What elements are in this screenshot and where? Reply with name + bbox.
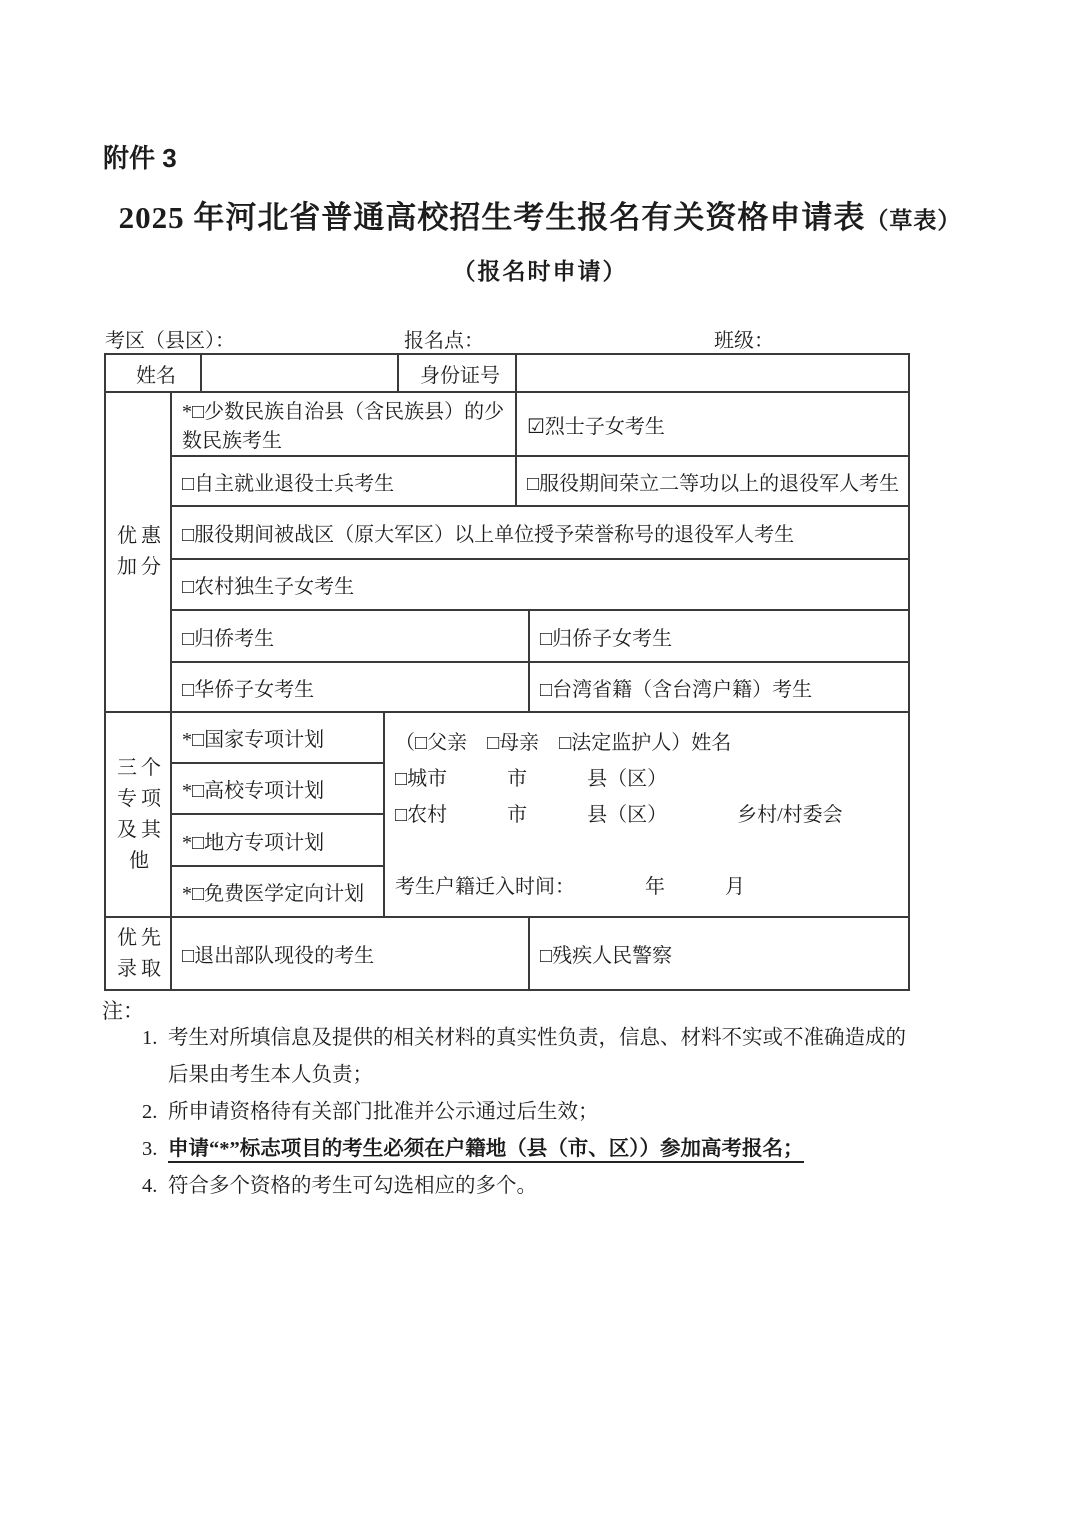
option-local-special-plan: *□地方专项计划	[171, 814, 384, 866]
page-title-suffix: （草表）	[865, 208, 961, 233]
note-item-4: 4. 符合多个资格的考生可勾选相应的多个。	[142, 1168, 924, 1205]
row-minority-martyr: 优惠 加分 *□少数民族自治县（含民族县）的少数民族考生 ☑烈士子女考生	[105, 392, 909, 456]
option-returned-overseas-children: □归侨子女考生	[529, 610, 909, 662]
row-rural-only-child: □农村独生子女考生	[105, 559, 909, 610]
page-title-main: 2025 年河北省普通高校招生考生报名有关资格申请表	[119, 200, 866, 235]
option-university-special-plan: *□高校专项计划	[171, 763, 384, 814]
option-national-special-plan: *□国家专项计划	[171, 712, 384, 763]
special-plans-details-cell: （□父亲 □母亲 □法定监护人）姓名 □城市 市 县（区） □农村 市 县（区）…	[384, 712, 909, 917]
row-national-plan: 三个 专项 及其 他 *□国家专项计划 （□父亲 □母亲 □法定监护人）姓名 □…	[105, 712, 909, 763]
notes-list: 1. 考生对所填信息及提供的相关材料的真实性负责，信息、材料不实或不准确造成的后…	[142, 1020, 924, 1204]
note-item-2: 2. 所申请资格待有关部门批准并公示通过后生效；	[142, 1094, 924, 1131]
note-number: 4.	[142, 1168, 168, 1205]
attachment-label: 附件 3	[103, 138, 177, 175]
section-label-special-plans: 三个 专项 及其 他	[105, 712, 171, 917]
document-page: 附件 3 2025 年河北省普通高校招生考生报名有关资格申请表（草表） （报名时…	[0, 0, 1080, 1527]
row-overseas-taiwan: □华侨子女考生 □台湾省籍（含台湾户籍）考生	[105, 662, 909, 712]
note-text: 符合多个资格的考生可勾选相应的多个。	[168, 1168, 924, 1205]
registration-point-label: 报名点：	[404, 324, 484, 353]
option-veteran-honor-title: □服役期间被战区（原大军区）以上单位授予荣誉称号的退役军人考生	[171, 506, 909, 559]
note-text-emphasized: 申请“*”标志项目的考生必须在户籍地（县（市、区））参加高考报名；	[168, 1131, 924, 1168]
row-veterans: □自主就业退役士兵考生 □服役期间荣立二等功以上的退役军人考生	[105, 456, 909, 506]
option-disabled-police: □残疾人民警察	[529, 917, 909, 990]
option-rural-only-child: □农村独生子女考生	[171, 559, 909, 610]
row-veteran-honor: □服役期间被战区（原大军区）以上单位授予荣誉称号的退役军人考生	[105, 506, 909, 559]
note-item-1: 1. 考生对所填信息及提供的相关材料的真实性负责，信息、材料不实或不准确造成的后…	[142, 1020, 924, 1094]
notes-heading: 注：	[102, 995, 144, 1025]
option-veteran-second-class-merit: □服役期间荣立二等功以上的退役军人考生	[516, 456, 909, 506]
option-returned-overseas-chinese: □归侨考生	[171, 610, 529, 662]
section-label-priority-admission: 优先 录取	[105, 917, 171, 990]
option-overseas-chinese-children: □华侨子女考生	[171, 662, 529, 712]
note-number: 3.	[142, 1131, 168, 1168]
note-item-3: 3. 申请“*”标志项目的考生必须在户籍地（县（市、区））参加高考报名；	[142, 1131, 924, 1168]
option-taiwan-nationality: □台湾省籍（含台湾户籍）考生	[529, 662, 909, 712]
name-label: 姓名	[105, 354, 201, 392]
note-number: 2.	[142, 1094, 168, 1131]
id-number-value-cell	[516, 354, 909, 392]
exam-area-label: 考区（县区）：	[105, 324, 235, 353]
page-subtitle: （报名时申请）	[0, 253, 1080, 286]
note-text: 考生对所填信息及提供的相关材料的真实性负责，信息、材料不实或不准确造成的后果由考…	[168, 1020, 924, 1094]
option-retired-military: □退出部队现役的考生	[171, 917, 529, 990]
row-returned-overseas: □归侨考生 □归侨子女考生	[105, 610, 909, 662]
application-form-table: 姓名 身份证号 优惠 加分 *□少数民族自治县（含民族县）的少数民族考生 ☑烈士…	[104, 353, 910, 991]
row-name-id: 姓名 身份证号	[105, 354, 909, 392]
class-label: 班级：	[714, 324, 774, 353]
name-value-cell	[201, 354, 398, 392]
note-text: 所申请资格待有关部门批准并公示通过后生效；	[168, 1094, 924, 1131]
option-free-medical-plan: *□免费医学定向计划	[171, 866, 384, 917]
option-veteran-self-employed: □自主就业退役士兵考生	[171, 456, 516, 506]
row-priority-admission: 优先 录取 □退出部队现役的考生 □残疾人民警察	[105, 917, 909, 990]
note-number: 1.	[142, 1020, 168, 1094]
section-label-bonus-points: 优惠 加分	[105, 392, 171, 712]
id-number-label: 身份证号	[398, 354, 516, 392]
option-martyr-children-checked: ☑烈士子女考生	[516, 392, 909, 456]
option-minority-candidate: *□少数民族自治县（含民族县）的少数民族考生	[171, 392, 516, 456]
page-title: 2025 年河北省普通高校招生考生报名有关资格申请表（草表）	[0, 192, 1080, 237]
